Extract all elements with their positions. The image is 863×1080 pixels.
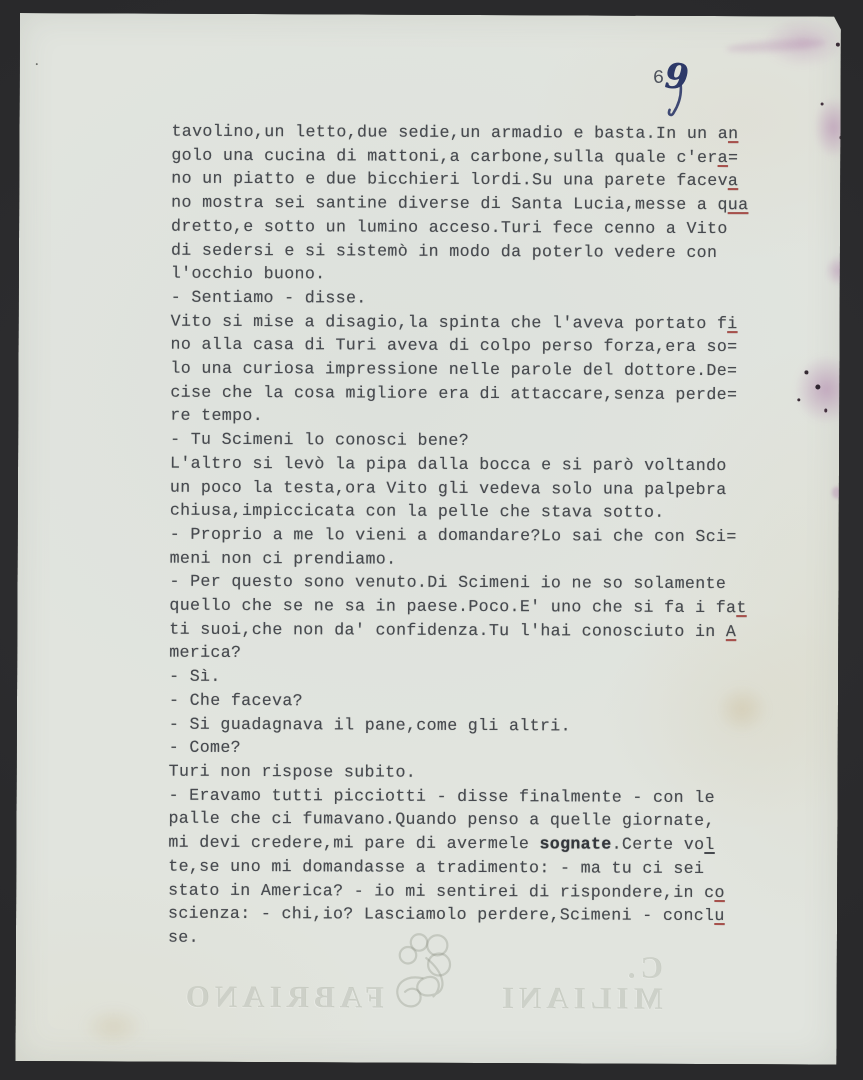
text-segment: stato in America? - io mi sentirei di ri… — [168, 880, 714, 901]
ink-speck — [797, 398, 800, 401]
underlined-letter: l — [704, 835, 714, 854]
text-segment: dretto,e sotto un lumino acceso.Turi fec… — [171, 216, 728, 237]
text-line: - Sì. — [169, 665, 746, 691]
text-segment: l'occhio buono. — [171, 264, 326, 284]
text-line: - Si guadagnava il pane,come gli altri. — [169, 712, 746, 738]
text-line: chiusa,impiccicata con la pelle che stav… — [170, 499, 747, 525]
stain-purple-2 — [825, 255, 853, 287]
text-segment: di sedersi e si sistemò in modo da poter… — [171, 240, 717, 261]
text-line: merica? — [169, 641, 746, 667]
text-segment: - Sì. — [169, 667, 221, 686]
text-segment: Turi non rispose subito. — [169, 762, 416, 782]
text-line: - Sentiamo - disse. — [171, 286, 748, 312]
text-segment: meni non ci prendiamo. — [170, 548, 397, 568]
stain-corner-wisp — [726, 37, 827, 55]
text-segment: - Tu Scimeni lo conosci bene? — [170, 430, 469, 450]
ink-speck — [824, 409, 827, 413]
watermark-place-text: FABRIANO — [181, 981, 384, 1013]
page-number-typed-digit: 6 — [653, 67, 665, 89]
text-segment: re tempo. — [170, 406, 263, 425]
text-line: di sedersi e si sistemò in modo da poter… — [171, 238, 748, 264]
text-segment: te,se uno mi domandasse a tradimento: - … — [168, 856, 704, 877]
text-segment: - Proprio a me lo vieni a domandare?Lo s… — [170, 525, 737, 546]
scanner-background: 6 9 tavolino,un letto,due sedie,un armad… — [0, 0, 863, 1080]
text-line: palle che ci fumavano.Quando penso a que… — [168, 807, 745, 833]
text-segment: se. — [168, 928, 199, 947]
ink-speck — [836, 43, 840, 47]
ink-speck — [839, 136, 843, 140]
text-line: - Che faceva? — [169, 689, 746, 715]
ink-speck — [815, 384, 820, 389]
text-segment: scienza: - chi,io? Lasciamolo perdere,Sc… — [168, 904, 714, 925]
paper-watermark: C. MILIANI FABRIANO — [181, 974, 663, 1014]
text-line: no mostra sei santine diverse di Santa L… — [171, 191, 748, 217]
underlined-letter: n — [728, 124, 738, 143]
text-segment: golo una cucina di mattoni,a carbone,sul… — [171, 145, 717, 166]
text-line: - Per questo sono venuto.Di Scimeni io n… — [169, 570, 746, 596]
stain-purple-4 — [832, 487, 842, 499]
handwritten-stroke — [667, 85, 687, 119]
text-line: lo una curiosa impressione nelle parole … — [170, 357, 747, 383]
text-line: tavolino,un letto,due sedie,un armadio e… — [171, 120, 748, 146]
text-line: - Tu Scimeni lo conosci bene? — [170, 428, 747, 454]
text-line: no alla casa di Turi aveva di colpo pers… — [171, 333, 748, 359]
text-segment: no alla casa di Turi aveva di colpo pers… — [171, 335, 738, 356]
stain-purple-1 — [813, 96, 853, 158]
text-segment: mi devi credere,mi pare di avermele — [168, 833, 539, 854]
page-number: 6 9 — [653, 63, 713, 123]
text-line: Turi non rispose subito. — [169, 760, 746, 786]
stain-yellow-2 — [81, 1005, 145, 1047]
underlined-letter: o — [714, 883, 724, 902]
stain-purple-3 — [794, 354, 858, 424]
underlined-letter: i — [727, 314, 737, 333]
text-segment: merica? — [169, 643, 241, 662]
text-segment: = — [728, 148, 738, 167]
underlined-letter: ua — [728, 195, 749, 214]
text-line: golo una cucina di mattoni,a carbone,sul… — [171, 143, 748, 169]
text-line: ti suoi,che non da' confidenza.Tu l'hai … — [169, 617, 746, 643]
text-line: te,se uno mi domandasse a tradimento: - … — [168, 854, 745, 880]
text-segment: - Si guadagnava il pane,come gli altri. — [169, 714, 571, 735]
underlined-letter: a — [718, 148, 728, 167]
text-segment: ti suoi,che non da' confidenza.Tu l'hai … — [169, 619, 726, 640]
underlined-letter: a — [728, 171, 738, 190]
text-segment: - Eravamo tutti picciotti - disse finalm… — [169, 785, 715, 806]
text-line: meni non ci prendiamo. — [170, 546, 747, 572]
ink-speck — [804, 370, 808, 374]
text-line: cise che la cosa migliore era di attacca… — [170, 380, 747, 406]
text-segment: - Che faceva? — [169, 691, 303, 711]
text-segment: - Sentiamo - disse. — [171, 288, 367, 308]
text-line: - Proprio a me lo vieni a domandare?Lo s… — [170, 523, 747, 549]
text-segment: no mostra sei santine diverse di Santa L… — [171, 193, 728, 214]
text-segment: palle che ci fumavano.Quando penso a que… — [168, 809, 714, 830]
stain-corner-wash — [762, 16, 846, 68]
text-line: Vito si mise a disagio,la spinta che l'a… — [171, 309, 748, 335]
text-line: dretto,e sotto un lumino acceso.Turi fec… — [171, 214, 748, 240]
text-segment: lo una curiosa impressione nelle parole … — [170, 359, 737, 380]
text-segment: quello che se ne sa in paese.Poco.E' uno… — [169, 596, 736, 617]
overstruck-word: sognate — [539, 834, 611, 853]
text-line: L'altro si levò la pipa dalla bocca e si… — [170, 452, 747, 478]
text-line: un poco la testa,ora Vito gli vedeva sol… — [170, 475, 747, 501]
manuscript-page: 6 9 tavolino,un letto,due sedie,un armad… — [15, 13, 841, 1065]
text-line: scienza: - chi,io? Lasciamolo perdere,Sc… — [168, 902, 745, 928]
text-line: mi devi credere,mi pare di avermele sogn… — [168, 831, 745, 857]
text-line: - Come? — [169, 736, 746, 762]
text-segment: L'altro si levò la pipa dalla bocca e si… — [170, 454, 727, 475]
text-line: no un piatto e due bicchieri lordi.Su un… — [171, 167, 748, 193]
underlined-letter: u — [714, 906, 724, 925]
text-line: - Eravamo tutti picciotti - disse finalm… — [169, 783, 746, 809]
text-line: stato in America? - io mi sentirei di ri… — [168, 878, 745, 904]
text-segment: chiusa,impiccicata con la pelle che stav… — [170, 501, 665, 522]
text-line: re tempo. — [170, 404, 747, 430]
underlined-letter: A — [726, 622, 736, 641]
text-segment: .Certe vo — [612, 835, 705, 854]
text-line: l'occhio buono. — [171, 262, 748, 288]
text-line: se. — [168, 926, 745, 952]
text-segment: tavolino,un letto,due sedie,un armadio e… — [171, 122, 728, 143]
watermark-maker-text: C. MILIANI — [462, 951, 663, 1014]
text-segment: Vito si mise a disagio,la spinta che l'a… — [171, 311, 728, 332]
text-segment: - Per questo sono venuto.Di Scimeni io n… — [169, 572, 726, 593]
text-line: quello che se ne sa in paese.Poco.E' uno… — [169, 594, 746, 620]
typescript-text: tavolino,un letto,due sedie,un armadio e… — [168, 120, 749, 952]
paper-speck — [36, 63, 38, 65]
underlined-letter: t — [736, 598, 746, 617]
ink-speck — [821, 102, 824, 105]
text-segment: no un piatto e due bicchieri lordi.Su un… — [171, 169, 728, 190]
text-segment: un poco la testa,ora Vito gli vedeva sol… — [170, 477, 727, 498]
text-segment: - Come? — [169, 738, 241, 757]
text-segment: cise che la cosa migliore era di attacca… — [170, 382, 737, 403]
